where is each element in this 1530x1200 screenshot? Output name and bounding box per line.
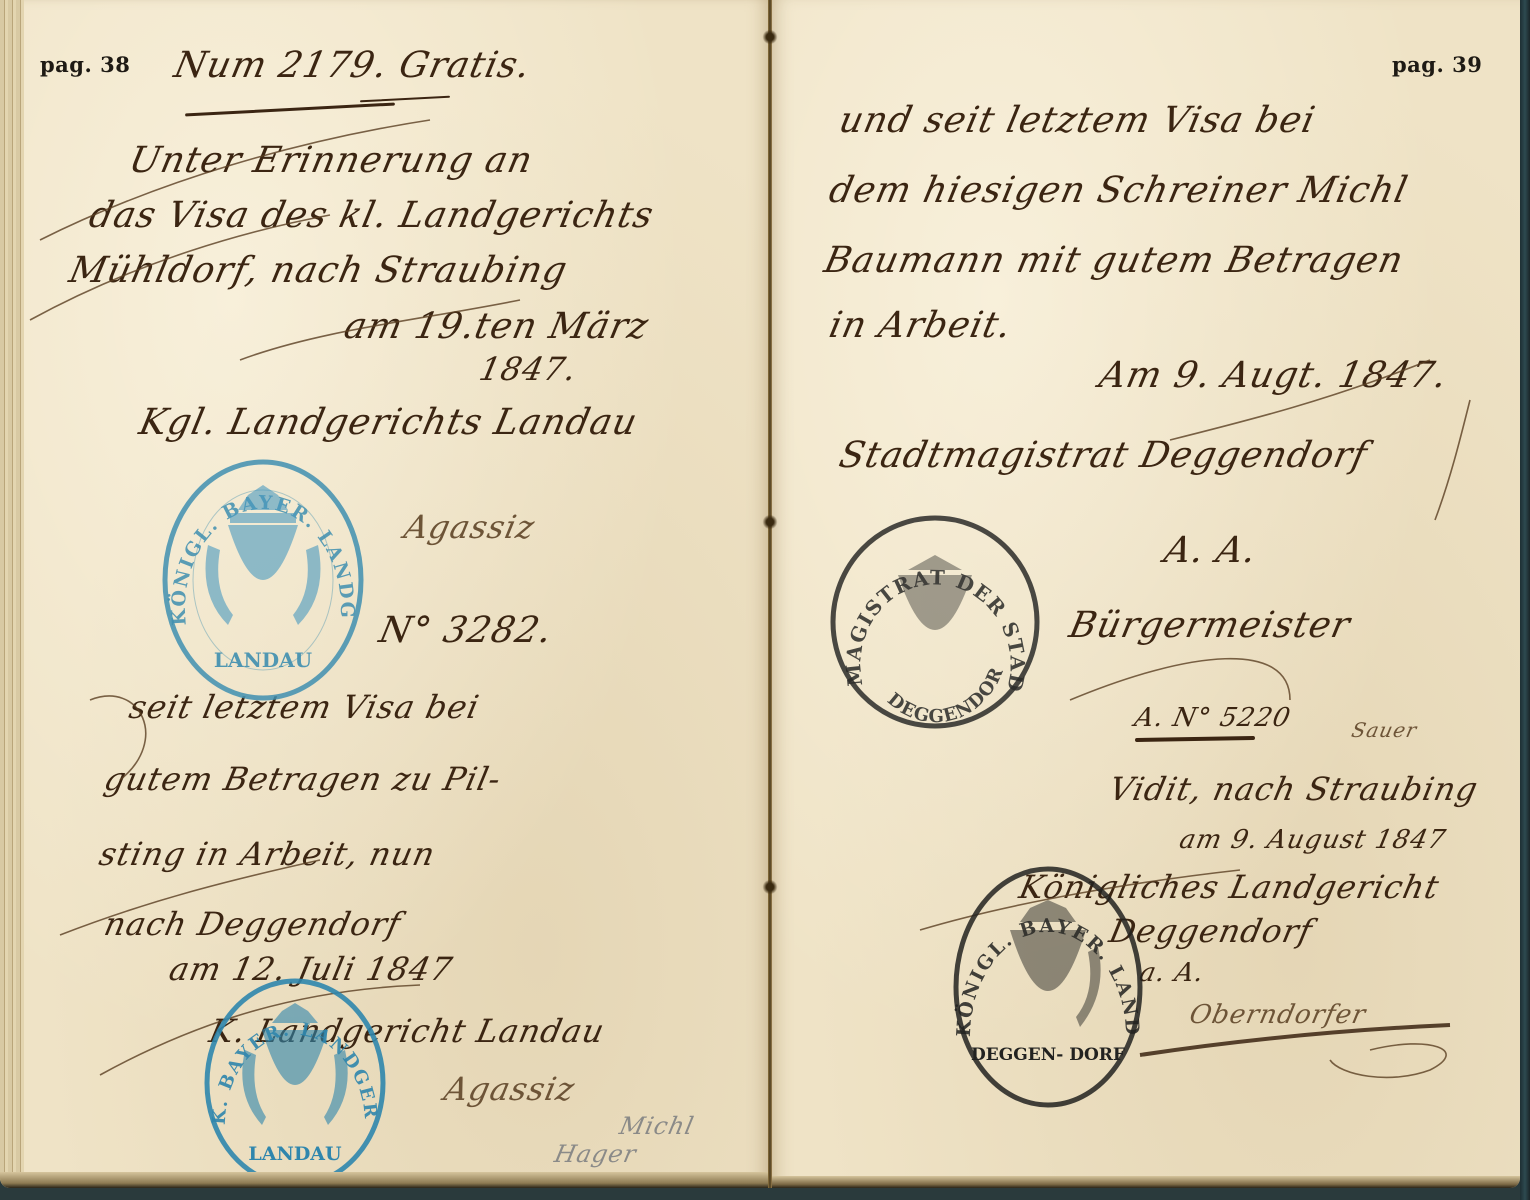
book-spine — [768, 0, 772, 1188]
page-number-right: pag. 39 — [1392, 52, 1482, 77]
stamp-magistrat-deggendorf: MAGISTRAT DER STADT DEGGENDORF — [828, 510, 1043, 735]
svg-text:LANDAU: LANDAU — [248, 1143, 342, 1165]
left-line-11: sting in Arbeit, nun — [96, 835, 439, 873]
left-line-1: Unter Erinnerung an — [126, 140, 537, 181]
left-signature-1: Agassiz — [401, 508, 539, 546]
stitch-hole — [762, 880, 778, 894]
left-line-6: Kgl. Landgerichts Landau — [136, 402, 642, 443]
right-mayor: Bürgermeister — [1066, 605, 1355, 646]
right-page: pag. 39 und seit letztem Visa bei dem hi… — [770, 0, 1520, 1188]
left-line-12: nach Deggendorf — [101, 905, 404, 943]
svg-text:LANDAU: LANDAU — [214, 648, 312, 672]
pencil-note-1: Michl — [617, 1112, 697, 1140]
left-page: pag. 38 Num 2179. Gratis. Unter Erinneru… — [0, 0, 770, 1188]
left-signature-2: Agassiz — [441, 1070, 579, 1108]
right-magistrate: Stadtmagistrat Deggendorf — [836, 435, 1372, 476]
page-number-left: pag. 38 — [40, 52, 130, 77]
right-small-signature: Sauer — [1349, 718, 1419, 742]
stamp-landgericht-landau-2: K. BAYER. LANDGERICHT LANDAU — [200, 975, 390, 1188]
left-number: N° 3282. — [376, 610, 557, 651]
right-aa-1: A. A. — [1161, 530, 1261, 571]
right-date-2: am 9. August 1847 — [1177, 825, 1449, 855]
stamp-landgericht-deggendorf: KÖNIGL. BAYER. LANDGERICHT DEGGEN- DORF — [948, 862, 1148, 1112]
right-signature: Oberndorfer — [1187, 1000, 1369, 1030]
book-cover-edge — [1520, 0, 1530, 1200]
stitch-hole — [762, 515, 778, 529]
pencil-note-2: Hager — [552, 1140, 639, 1168]
book-spread: pag. 38 Num 2179. Gratis. Unter Erinneru… — [0, 0, 1530, 1200]
reference-underline — [1135, 736, 1255, 742]
right-vidit-line: Vidit, nach Straubing — [1106, 770, 1482, 808]
right-line-1: und seit letztem Visa bei — [836, 100, 1320, 141]
left-line-4: am 19.ten März — [341, 306, 653, 347]
svg-text:DEGGEN- DORF: DEGGEN- DORF — [971, 1045, 1125, 1065]
right-line-4: in Arbeit. — [826, 305, 1016, 346]
heading-underline — [185, 103, 395, 117]
left-line-3: Mühldorf, nach Straubing — [66, 250, 572, 291]
stamp-landgericht-landau-1: KÖNIGL. BAYER. LANDGERICHT LANDAU — [158, 455, 368, 705]
right-line-3: Baumann mit gutem Betragen — [821, 240, 1408, 281]
right-line-2: dem hiesigen Schreiner Michl — [826, 170, 1412, 211]
entry-heading: Num 2179. Gratis. — [171, 45, 535, 86]
reference-number: A. N° 5220 — [1132, 703, 1294, 733]
left-line-2: das Visa des kl. Landgerichts — [86, 195, 658, 236]
left-line-10: gutem Betragen zu Pil- — [101, 760, 505, 798]
heading-underline-2 — [360, 96, 450, 103]
right-date-1: Am 9. Augt. 1847. — [1096, 355, 1452, 396]
stitch-hole — [762, 30, 778, 44]
left-line-5: 1847. — [476, 350, 581, 388]
